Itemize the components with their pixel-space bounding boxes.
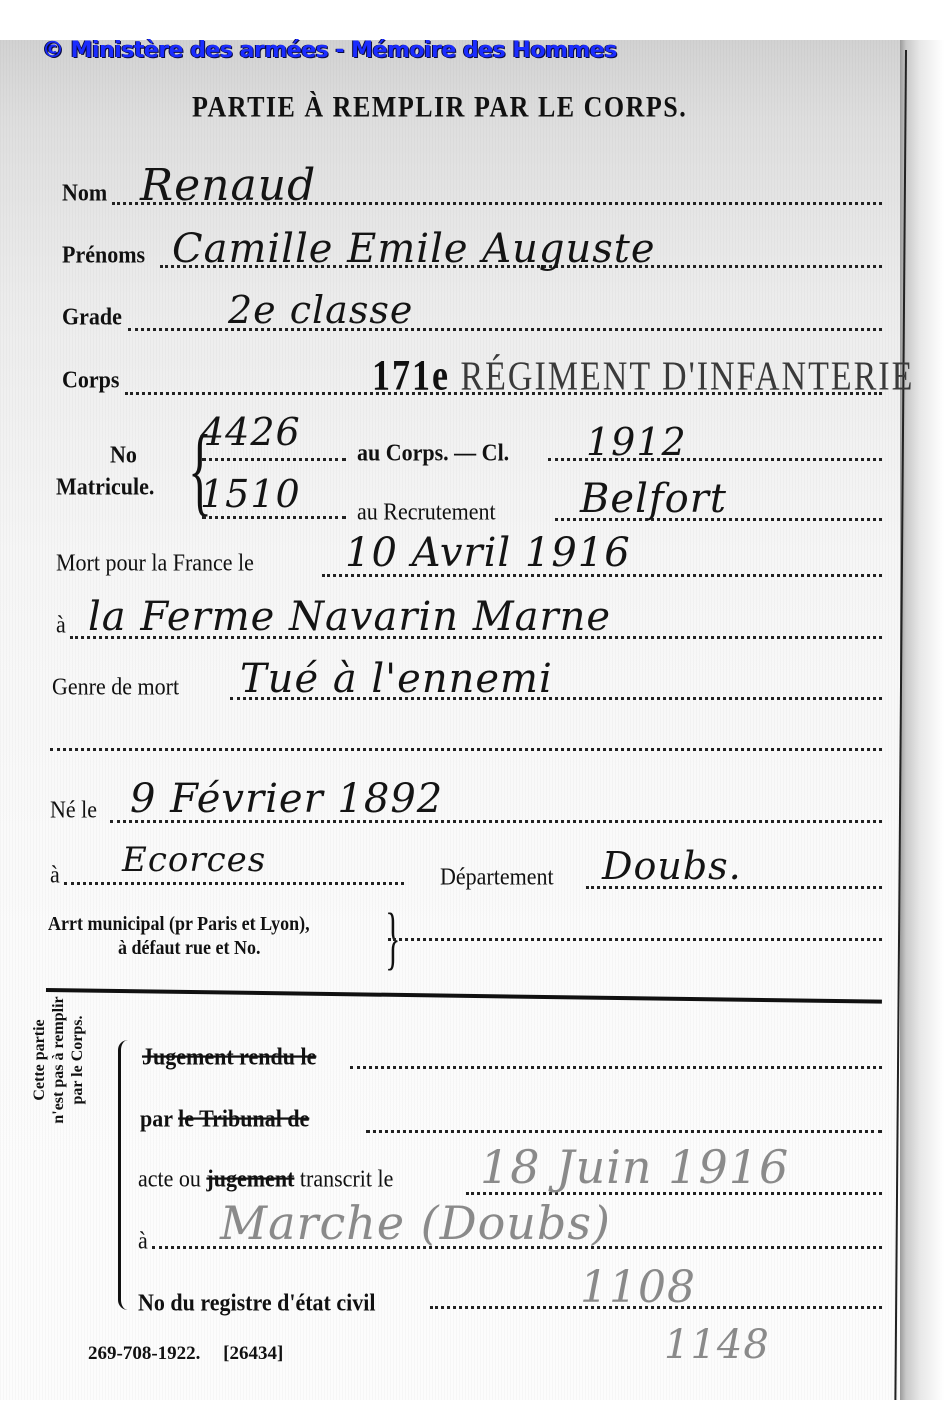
corps-number-line: [202, 458, 346, 461]
au-recrutement-label: au Recrutement: [357, 497, 496, 526]
side-note-line-2: n'est pas à remplir: [49, 950, 68, 1170]
tribunal-prefix: par: [140, 1104, 173, 1132]
lieu-deces-value: la Ferme Navarin Marne: [88, 594, 611, 640]
nom-label: Nom: [62, 178, 107, 207]
ne-le-value: 9 Février 1892: [130, 776, 443, 822]
copyright-watermark: © Ministère des armées - Mémoire des Hom…: [42, 38, 617, 63]
genre-mort-label: Genre de mort: [52, 672, 179, 701]
lieu-deces-label: à: [56, 610, 66, 639]
transcrit-label: acte ou jugement transcrit le: [138, 1164, 393, 1193]
recrutement-value: Belfort: [580, 476, 727, 522]
card-edge-shadow: [900, 40, 944, 1400]
recrutement-number-line: [202, 516, 346, 519]
side-note: Cette partie n'est pas à remplir par le …: [30, 950, 87, 1170]
registre-value: 1108: [580, 1262, 696, 1313]
transcrit-lieu-value: Marche (Doubs): [220, 1196, 611, 1250]
registre-label: No du registre d'état civil: [138, 1288, 376, 1317]
jugement-label: Jugement rendu le: [142, 1042, 316, 1071]
corps-label: Corps: [62, 365, 119, 394]
jugement-label-text: Jugement rendu le: [142, 1042, 316, 1070]
no-label: No: [110, 440, 137, 469]
transcrit-struck: jugement: [206, 1164, 294, 1192]
prenoms-label: Prénoms: [62, 240, 145, 269]
lieu-naissance-value: Ecorces: [122, 840, 266, 880]
arrondissement-label-2: à défaut rue et No.: [118, 936, 260, 960]
nom-value: Renaud: [140, 160, 316, 211]
arrondissement-line: [388, 938, 882, 941]
transcrit-suffix: transcrit le: [300, 1164, 393, 1192]
lieu-naissance-label: à: [50, 860, 60, 889]
tribunal-struck: le Tribunal de: [178, 1104, 309, 1132]
regiment-number: 171e: [372, 351, 450, 399]
lieu-naissance-line: [64, 882, 404, 885]
prenoms-value: Camille Emile Auguste: [172, 226, 656, 272]
lower-section-brace: [118, 1040, 131, 1310]
au-corps-label: au Corps. — Cl.: [357, 438, 509, 467]
tribunal-label: par le Tribunal de: [140, 1104, 309, 1133]
transcrit-value: 18 Juin 1916: [480, 1140, 789, 1194]
print-code: [26434]: [223, 1343, 283, 1364]
side-note-line-3: par le Corps.: [68, 950, 87, 1170]
genre-mort-value: Tué à l'ennemi: [240, 656, 553, 702]
departement-label: Département: [440, 862, 554, 891]
extra-line: [50, 748, 882, 751]
grade-value: 2e classe: [228, 288, 413, 332]
tribunal-line: [366, 1130, 882, 1133]
mort-label: Mort pour la France le: [56, 548, 254, 577]
recrutement-number-value: 1510: [200, 472, 301, 516]
mort-value: 10 Avril 1916: [345, 530, 631, 576]
transcrit-prefix: acte ou: [138, 1164, 201, 1192]
registre-extra-value: 1148: [664, 1322, 770, 1368]
side-note-line-1: Cette partie: [30, 950, 49, 1170]
ne-le-label: Né le: [50, 795, 97, 824]
print-ref: 269-708-1922.: [88, 1343, 200, 1364]
classe-value: 1912: [586, 420, 687, 464]
departement-value: Doubs.: [602, 844, 742, 888]
print-reference: 269-708-1922. [26434]: [88, 1343, 301, 1365]
corps-number-value: 4426: [200, 410, 301, 454]
transcrit-lieu-label: à: [138, 1226, 148, 1255]
regiment-stamp: 171e RÉGIMENT D'INFANTERIE: [372, 350, 914, 400]
arrondissement-label-1: Arrt municipal (pr Paris et Lyon),: [48, 912, 310, 936]
jugement-line: [350, 1066, 882, 1069]
regiment-name: RÉGIMENT D'INFANTERIE: [460, 355, 914, 399]
matricule-label: Matricule.: [56, 472, 154, 501]
form-title: PARTIE À REMPLIR PAR LE CORPS.: [192, 90, 687, 125]
grade-label: Grade: [62, 302, 122, 331]
